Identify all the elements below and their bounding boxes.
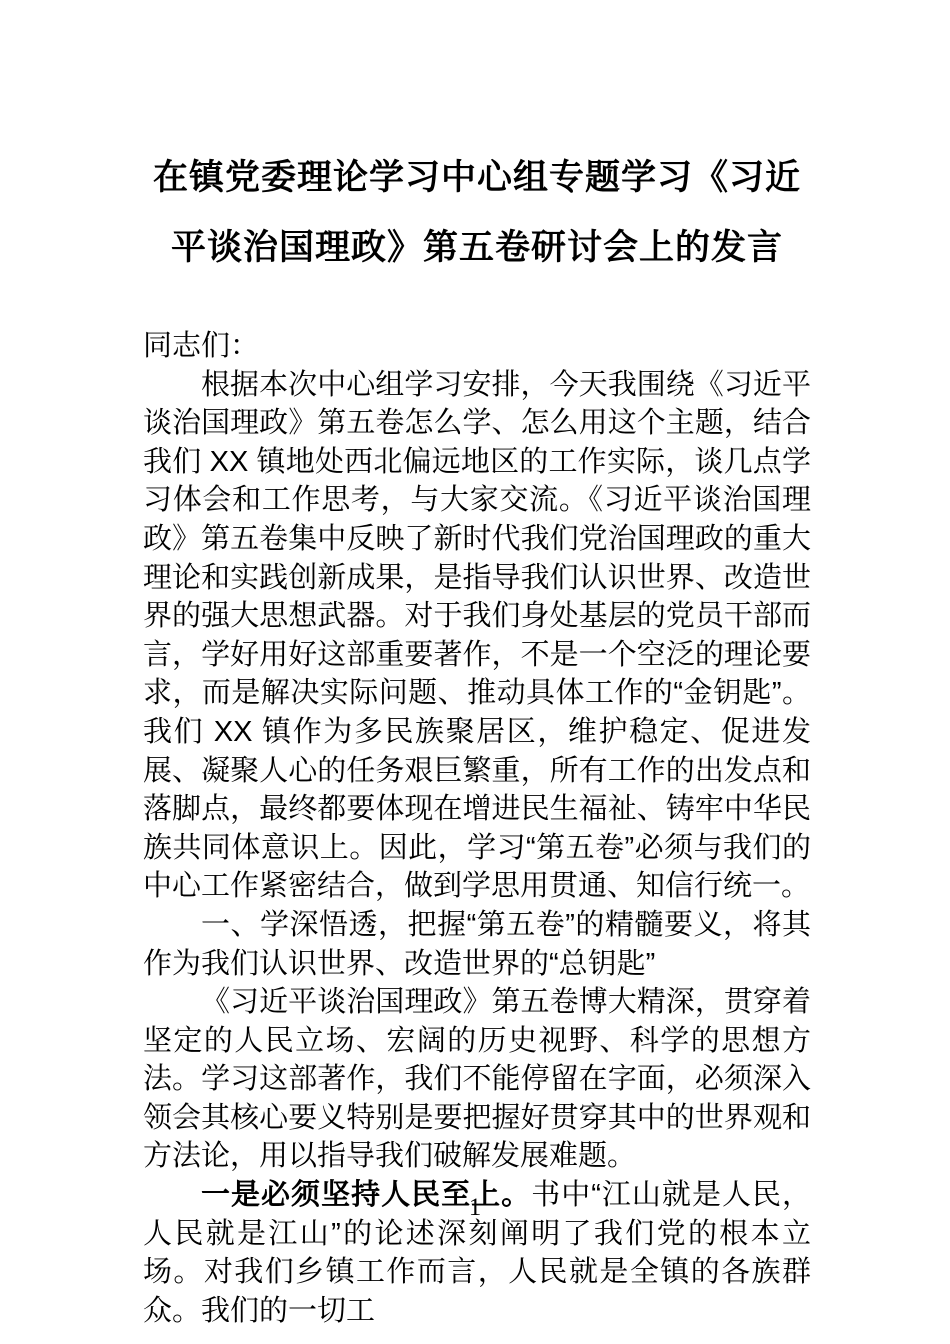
salutation: 同志们： bbox=[143, 327, 811, 366]
title-line-2: 平谈治国理政》第五卷研讨会上的发言 bbox=[143, 213, 811, 283]
section-heading-1: 一、学深悟透，把握“第五卷”的精髓要义，将其作为我们认识世界、改造世界的“总钥匙… bbox=[143, 906, 811, 983]
document-title: 在镇党委理论学习中心组专题学习《习近 平谈治国理政》第五卷研讨会上的发言 bbox=[143, 143, 811, 283]
title-line-1: 在镇党委理论学习中心组专题学习《习近 bbox=[143, 143, 811, 213]
document-page: 在镇党委理论学习中心组专题学习《习近 平谈治国理政》第五卷研讨会上的发言 同志们… bbox=[0, 0, 950, 1344]
paragraph-1: 根据本次中心组学习安排，今天我围绕《习近平谈治国理政》第五卷怎么学、怎么用这个主… bbox=[143, 366, 811, 906]
paragraph-2: 《习近平谈治国理政》第五卷博大精深，贯穿着坚定的人民立场、宏阔的历史视野、科学的… bbox=[143, 983, 811, 1176]
document-body: 同志们： 根据本次中心组学习安排，今天我围绕《习近平谈治国理政》第五卷怎么学、怎… bbox=[143, 327, 811, 1330]
page-number: 1 bbox=[0, 1194, 950, 1222]
